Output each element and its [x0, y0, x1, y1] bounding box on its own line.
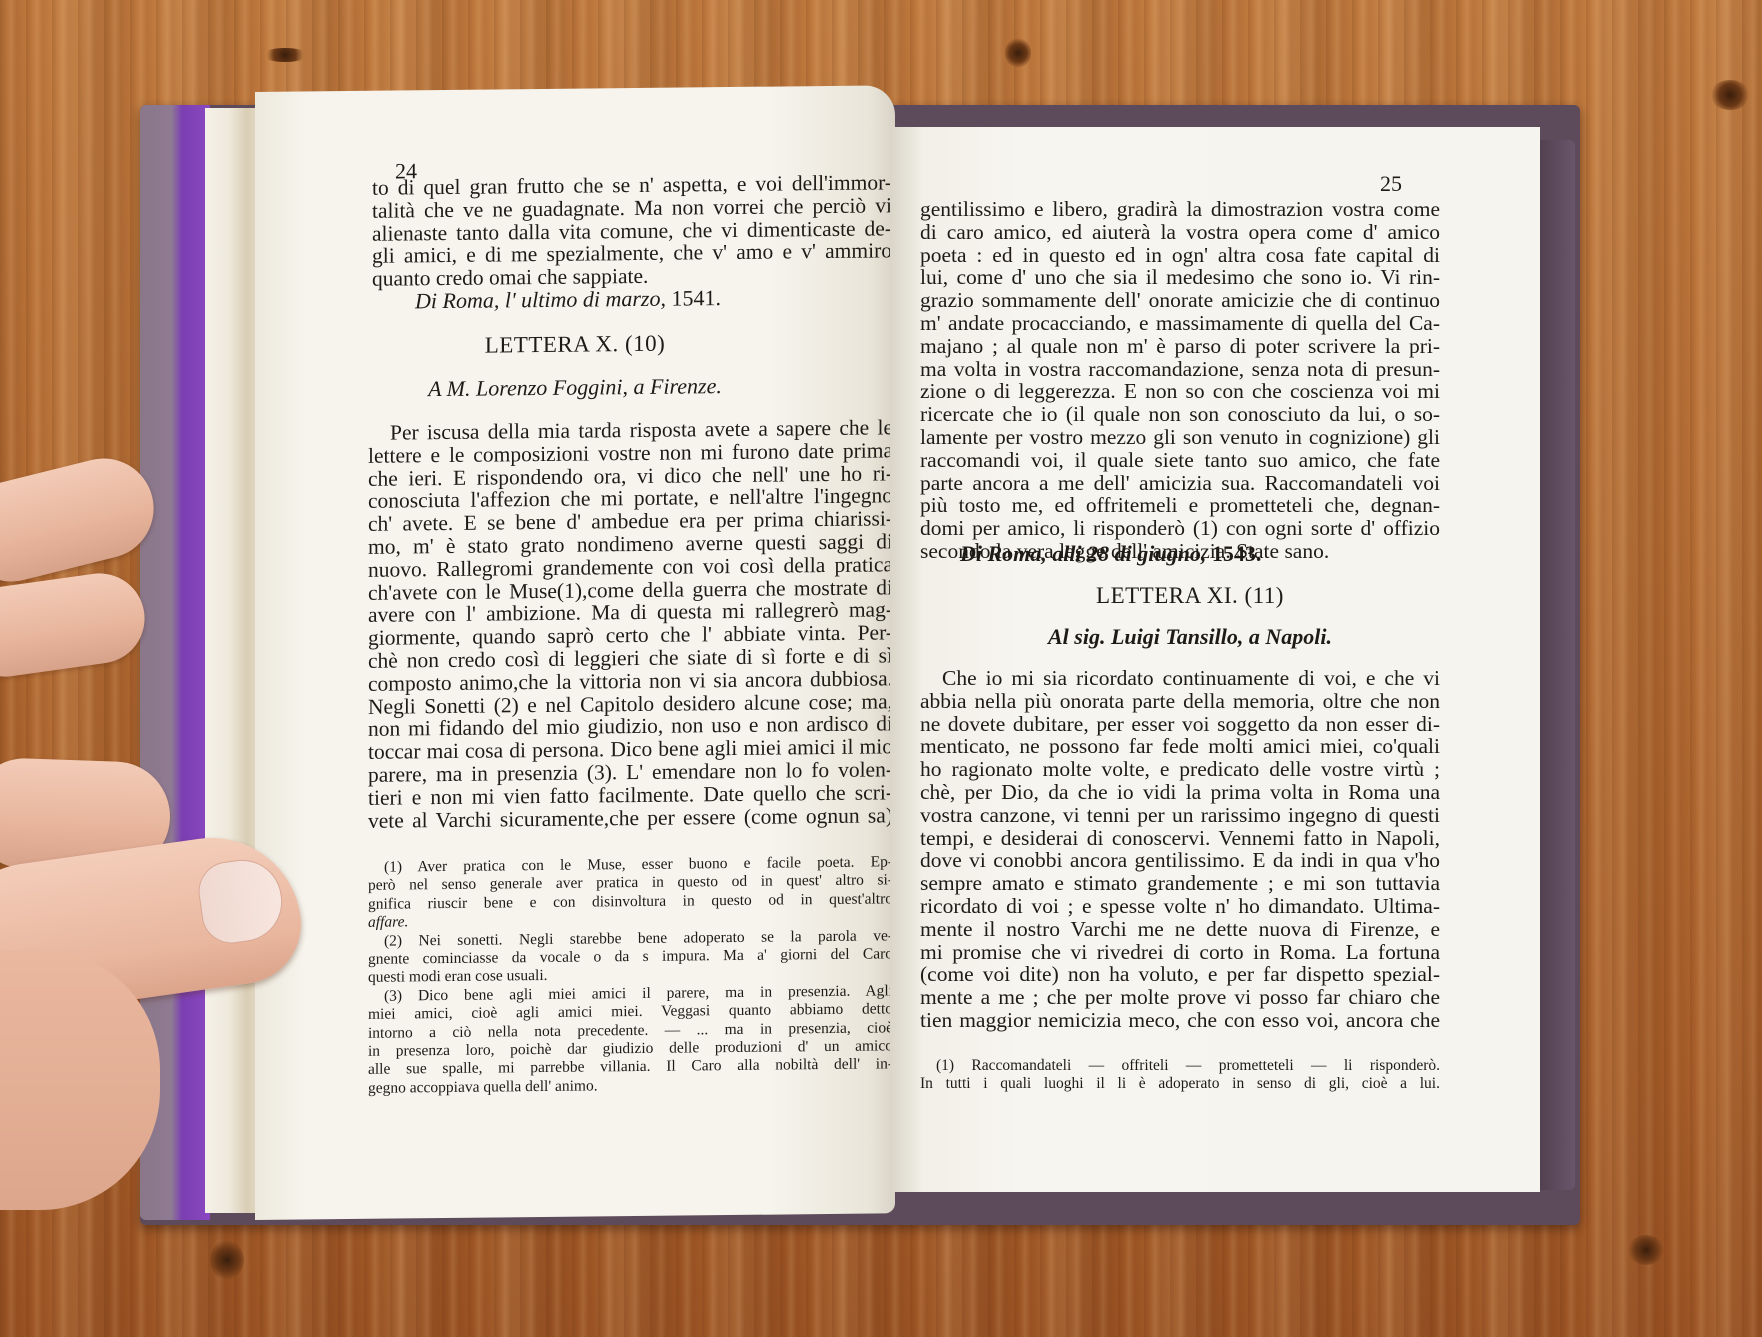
text-line: ma volta in vostra raccomandazione, senz… — [920, 358, 1440, 381]
dateline-year: 1543. — [1212, 541, 1262, 566]
text-line: lui, come d' uno che sia il medesimo che… — [920, 266, 1440, 289]
letter-heading: LETTERA XI. (11) — [890, 583, 1490, 609]
text-line: ricercate che io (il quale non son conos… — [920, 403, 1440, 426]
text-line: di caro amico, ed aiuterà la vostra oper… — [920, 221, 1440, 244]
text-line: più tosto me, ed offritemeli e promettet… — [920, 494, 1440, 517]
dateline: Di Roma, alli 28 di giugno, 1543. — [960, 541, 1261, 567]
text-line: raccomandi voi, il quale siete tanto suo… — [920, 449, 1440, 472]
text-line: mente a me ; che per molte prove vi poss… — [920, 986, 1440, 1009]
page-number: 25 — [1380, 171, 1402, 197]
text-line: lamente per vostro mezzo gli son venuto … — [920, 426, 1440, 449]
text-line: domi per amico, li risponderò (1) con og… — [920, 517, 1440, 540]
text-line: tempi, e desiderai di conoscervi. Vennem… — [920, 827, 1440, 850]
text-line: parte ancora a me dell' amicizia sua. Ra… — [920, 472, 1440, 495]
text-line: grazio sommamente dell' onorate amicizie… — [920, 289, 1440, 312]
book-cover-right-edge — [1535, 140, 1575, 1190]
dateline-year: 1541. — [672, 285, 722, 311]
text-line: (come voi dite) non ha voluto, e per far… — [920, 963, 1440, 986]
letter-heading: LETTERA X. (10) — [255, 328, 895, 361]
wood-knot — [1710, 80, 1750, 110]
letter-addressee: Al sig. Luigi Tansillo, a Napoli. — [890, 624, 1490, 650]
text-line: majano ; al quale non m' è parso di pote… — [920, 335, 1440, 358]
text-line: ho ragionato molte volte, e predicato de… — [920, 758, 1440, 781]
footnote-line: (1) Raccomandateli — offriteli — promett… — [920, 1057, 1440, 1075]
hand-finger — [0, 568, 150, 683]
footnotes: (1) Raccomandateli — offriteli — promett… — [920, 1057, 1440, 1094]
text-line: gentilissimo e libero, gradirà la dimost… — [920, 198, 1440, 221]
dateline: Di Roma, l' ultimo di marzo, 1541. — [415, 285, 721, 314]
text-line: Che io mi sia ricordato continuamente di… — [920, 667, 1440, 690]
continuation-text: gentilissimo e libero, gradirà la dimost… — [920, 198, 1440, 563]
text-line: dove vi conobbi ancora gentilissimo. E d… — [920, 849, 1440, 872]
dateline-place: Di Roma, alli 28 di giugno, — [960, 541, 1206, 566]
right-page: 25 gentilissimo e libero, gradirà la dim… — [890, 127, 1540, 1192]
wood-knot — [262, 48, 308, 62]
text-line: ne dovete dubitare, per esser voi sogget… — [920, 713, 1440, 736]
text-line: m' andate procacciando, e massimamente d… — [920, 312, 1440, 335]
left-page: 24 to di quel gran frutto che se n' aspe… — [255, 85, 895, 1220]
wood-knot — [210, 1240, 244, 1280]
text-line: abbia nella più onorata parte della memo… — [920, 690, 1440, 713]
footnotes: (1) Aver pratica con le Muse, esser buon… — [368, 853, 893, 1098]
continuation-text: to di quel gran frutto che se n' aspetta… — [372, 171, 892, 290]
footnote-line: In tutti i quali luoghi il li è adoperat… — [920, 1075, 1440, 1093]
text-line: poeta : ed in questo ed in ogn' altra co… — [920, 244, 1440, 267]
text-line: mente il nostro Varchi me ne dette nuova… — [920, 918, 1440, 941]
text-line: tien maggior nemicizia meco, che con ess… — [920, 1009, 1440, 1032]
letter-body: Per iscusa della mia tarda risposta avet… — [368, 416, 893, 832]
text-line: menticato, ne possono far fede molti ami… — [920, 735, 1440, 758]
text-line: mi promise che vi rivedrei di corto in R… — [920, 941, 1440, 964]
text-line: ricordato di voi ; e spesse volte n' ho … — [920, 895, 1440, 918]
text-line: vete al Varchi sicuramente,che per esser… — [368, 804, 893, 832]
letter-body: Che io mi sia ricordato continuamente di… — [920, 667, 1440, 1032]
text-line: chè, per Dio, da che io vidi la prima vo… — [920, 781, 1440, 804]
letter-addressee: A M. Lorenzo Foggini, a Firenze. — [255, 371, 895, 404]
text-line: zione o di leggerezza. E non so con che … — [920, 380, 1440, 403]
text-line: vostra canzone, vi tenni per un rarissim… — [920, 804, 1440, 827]
text-line: sempre amato e stimato grandemente ; e m… — [920, 872, 1440, 895]
wood-knot — [1005, 38, 1031, 68]
wood-knot — [1628, 1235, 1664, 1265]
dateline-place: Di Roma, l' ultimo di marzo, — [415, 286, 666, 314]
